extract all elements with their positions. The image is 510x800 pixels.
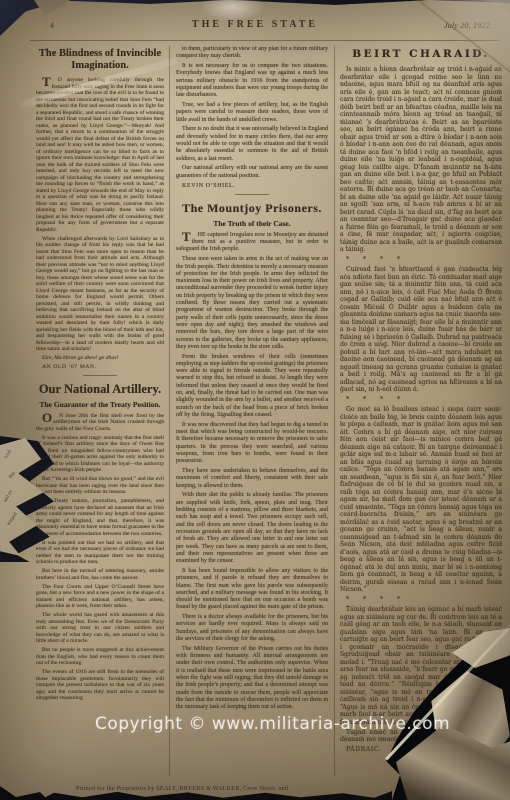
article-paragraph: It has been found impossible to allow an… [176, 568, 328, 612]
article-subtitle: The Truth of their Case. [176, 219, 328, 228]
article-paragraph: But “’tis an ill wind that blows no good… [36, 476, 164, 496]
article-paragraph: The Four Courts and Upper O’Connell Stre… [36, 584, 164, 610]
article-paragraph: When challenged afterwards by Lord Salis… [36, 236, 164, 353]
section-divider [235, 194, 269, 195]
torn-patch-top [186, 0, 278, 30]
article-paragraph: But no people is more staggered at this … [36, 647, 164, 667]
article-paragraph: From the broken windows of their cells (… [176, 354, 328, 420]
article-signature: AN OLD ’67 MAN. [36, 364, 164, 371]
column-rule-right [334, 46, 335, 776]
article-subtitle: The Guarantor of the Treaty Position. [36, 400, 164, 409]
article-paragraph: They have now undertaken to behave thems… [176, 468, 328, 490]
article-paragraph: There is a doctor always available for t… [176, 614, 328, 643]
article-paragraph: Anti-Treaty orators, journalists, pamphl… [36, 498, 164, 537]
article-paragraph: TO anyone looking carefully through the … [36, 77, 164, 233]
article-title-mountjoy: The Mountjoy Prisoners. [176, 201, 328, 216]
section-divider [83, 375, 117, 376]
column-rule-left [169, 46, 170, 776]
article-paragraph: THE captured Irregulars now in Mountjoy … [176, 232, 328, 254]
article-paragraph: True, we had a few pieces of artillery, … [176, 102, 328, 124]
article-paragraph: The Military Governor of the Prison carr… [176, 646, 328, 712]
article-paragraph: The events of 1916 are still fresh in th… [36, 669, 164, 702]
asterisk-divider: * * * * [340, 396, 502, 404]
article-paragraph: It was now discovered that they had begu… [176, 422, 328, 466]
article-paragraph-irish: Is minic a ḃíonn dearḃráṫair ag troid i … [340, 66, 502, 254]
article-paragraph: With their diet the public is already fa… [176, 492, 328, 565]
article-paragraph: It was pointed out that we had no artill… [36, 540, 164, 566]
column-2: to them, particularly in view of any pla… [176, 46, 328, 778]
article-paragraph: to them, particularly in view of any pla… [176, 46, 328, 61]
article-paragraph-irish: Go moċ sa ló ḃuaileas isteaċ i siopa ċai… [340, 406, 502, 594]
printer-imprint: Printed for the Proprietors by SEALY, BR… [76, 785, 288, 792]
copyright-watermark: Copyright © www.militaria-archive.com [95, 714, 450, 734]
article-paragraph: It is not necessary for us to compare th… [176, 63, 328, 99]
article-title-artillery: Our National Artillery. [36, 382, 164, 397]
article-paragraph-irish: Cuireaḋ faoi ’n ḃfeartlaoiḋ é gan ċuidea… [340, 266, 502, 394]
article-closing-line: Eire, Ma bhron go dheo! go dhuv! [36, 355, 164, 362]
article-signature: KEVIN O’SHIEL. [176, 183, 328, 190]
column-1: The Blindness of Invincible Imagination.… [36, 46, 164, 778]
article-paragraph: There is no doubt that it was universall… [176, 126, 328, 162]
article-paragraph: But here in the turmoil of tottering mas… [36, 568, 164, 581]
article-paragraph: Our national artillery with our national… [176, 165, 328, 180]
article-paragraph: The whole world has gazed with amazement… [36, 612, 164, 645]
newspaper-page: 4 THE FREE STATE July 20, 1922. The Blin… [0, 0, 510, 800]
article-paragraph: It was a curious and tragic anomaly that… [36, 435, 164, 474]
article-paragraph: ON June 28th the first shell ever fired … [36, 413, 164, 433]
asterisk-divider: * * * * [340, 596, 502, 604]
column-3: BEIRT CHARAID. Is minic a ḃíonn dearḃráṫ… [340, 46, 502, 778]
article-paragraph: These men were taken in arms in the act … [176, 256, 328, 351]
photograph-of-newspaper: 4 THE FREE STATE July 20, 1922. The Blin… [0, 0, 510, 800]
asterisk-divider: * * * * [340, 256, 502, 264]
